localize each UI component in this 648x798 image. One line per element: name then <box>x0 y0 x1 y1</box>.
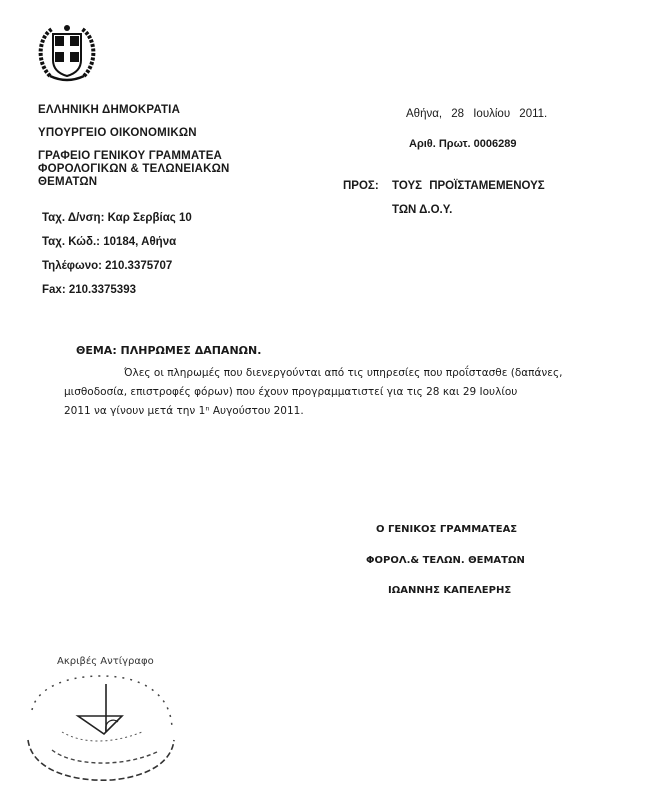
body-line-2: μισθοδοσία, επιστροφές φόρων) που έχουν … <box>64 386 517 398</box>
letterhead-line-ministry: ΥΠΟΥΡΓΕΙΟ ΟΙΚΟΝΟΜΙΚΩΝ <box>38 127 197 139</box>
certified-copy-label: Ακριβές Αντίγραφο <box>57 656 154 667</box>
recipient-line-1: ΤΟΥΣ ΠΡΟΪΣΤΑΜΕΜΕΝΟΥΣ <box>392 180 545 192</box>
letterhead-line-republic: ΕΛΛΗΝΙΚΗ ΔΗΜΟΚΡΑΤΙΑ <box>38 104 180 116</box>
body-line-1: Όλες οι πληρωμές που διενεργούνται από τ… <box>124 367 562 379</box>
contact-postal-code: Ταχ. Κώδ.: 10184, Αθήνα <box>42 236 176 248</box>
recipient-line-2: ΤΩΝ Δ.Ο.Υ. <box>392 204 452 216</box>
contact-address: Ταχ. Δ/νση: Καρ Σερβίας 10 <box>42 212 192 224</box>
signatory-department: ΦΟΡΟΛ.& ΤΕΛΩΝ. ΘΕΜΑΤΩΝ <box>366 555 525 566</box>
contact-fax: Fax: 210.3375393 <box>42 284 136 296</box>
place-date: Αθήνα, 28 Ιουλίου 2011. <box>406 108 547 120</box>
letterhead-line-office: ΓΡΑΦΕΙΟ ΓΕΝΙΚΟΥ ΓΡΑΜΜΑΤΕΑ <box>38 150 222 163</box>
letterhead-line-themes: ΘΕΜΑΤΩΝ <box>38 176 97 189</box>
contact-phone: Τηλέφωνο: 210.3375707 <box>42 260 172 272</box>
signatory-title: Ο ΓΕΝΙΚΟΣ ΓΡΑΜΜΑΤΕΑΣ <box>376 524 517 535</box>
official-stamp-icon <box>22 670 182 788</box>
recipient-label: ΠΡΟΣ: <box>343 180 379 192</box>
subject-line: ΘΕΜΑ: ΠΛΗΡΩΜΕΣ ΔΑΠΑΝΩΝ. <box>76 344 261 357</box>
protocol-number: Αριθ. Πρωτ. 0006289 <box>409 138 516 150</box>
signatory-name: ΙΩΑΝΝΗΣ ΚΑΠΕΛΕΡΗΣ <box>388 585 511 596</box>
letterhead-line-affairs: ΦΟΡΟΛΟΓΙΚΩΝ & ΤΕΛΩΝΕΙΑΚΩΝ <box>38 163 230 176</box>
body-line-3: 2011 να γίνουν μετά την 1ⁿ Αυγούστου 201… <box>64 405 304 417</box>
greek-coat-of-arms-icon <box>36 22 98 84</box>
